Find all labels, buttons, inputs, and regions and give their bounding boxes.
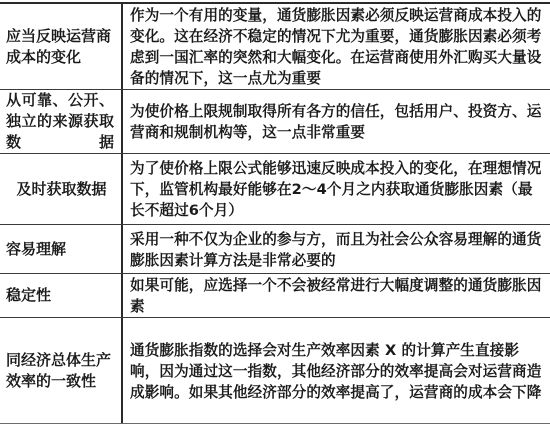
description-text: 如果可能，应选择一个不会被经常进行大幅度调整的通货膨胀因素 <box>130 275 544 317</box>
description-text: 通货膨胀指数的选择会对生产效率因素 X 的计算产生直接影响，因为通过这一指数，其… <box>130 340 544 403</box>
criterion-text: 容易理解 <box>6 239 66 260</box>
table-row: 同经济总体生产效率的一致性 通货膨胀指数的选择会对生产效率因素 X 的计算产生直… <box>0 318 550 424</box>
description-cell: 为了使价格上限公式能够迅速反映成本投入的变化，在理想情况下，监管机构最好能够在2… <box>123 154 550 224</box>
table-row: 应当反映运营商成本的变化 作为一个有用的变量，通货膨胀因素必须反映运营商成本投入… <box>0 4 550 90</box>
description-cell: 作为一个有用的变量，通货膨胀因素必须反映运营商成本投入的变化。这在经济不稳定的情… <box>123 4 550 89</box>
table-row: 容易理解 采用一种不仅为企业的参与方，而且为社会公众容易理解的通货膨胀因素计算方… <box>0 225 550 274</box>
table-row: 稳定性 如果可能，应选择一个不会被经常进行大幅度调整的通货膨胀因素 <box>0 274 550 318</box>
table-row: 从可靠、公开、独立的来源获取数据 为使价格上限规制取得所有各方的信任，包括用户、… <box>0 90 550 154</box>
criterion-cell: 容易理解 <box>0 225 123 273</box>
inflation-factor-criteria-table: 应当反映运营商成本的变化 作为一个有用的变量，通货膨胀因素必须反映运营商成本投入… <box>0 2 550 424</box>
criterion-cell: 及时获取数据 <box>0 154 123 224</box>
criterion-cell: 应当反映运营商成本的变化 <box>0 4 123 89</box>
criterion-text: 稳定性 <box>6 285 51 306</box>
description-text: 为了使价格上限公式能够迅速反映成本投入的变化，在理想情况下，监管机构最好能够在2… <box>130 158 544 221</box>
criterion-cell: 同经济总体生产效率的一致性 <box>0 318 123 423</box>
criterion-text: 应当反映运营商成本的变化 <box>6 26 117 68</box>
criterion-text: 及时获取数据 <box>16 179 106 200</box>
description-cell: 如果可能，应选择一个不会被经常进行大幅度调整的通货膨胀因素 <box>123 274 550 317</box>
description-cell: 通货膨胀指数的选择会对生产效率因素 X 的计算产生直接影响，因为通过这一指数，其… <box>123 318 550 423</box>
criterion-cell: 稳定性 <box>0 274 123 317</box>
criterion-cell: 从可靠、公开、独立的来源获取数据 <box>0 90 123 153</box>
table-row: 及时获取数据 为了使价格上限公式能够迅速反映成本投入的变化，在理想情况下，监管机… <box>0 154 550 225</box>
description-text: 作为一个有用的变量，通货膨胀因素必须反映运营商成本投入的变化。这在经济不稳定的情… <box>130 5 544 89</box>
description-cell: 为使价格上限规制取得所有各方的信任，包括用户、投资方、运营商和规制机构等，这一点… <box>123 90 550 153</box>
criterion-text: 从可靠、公开、独立的来源获取数据 <box>6 90 114 153</box>
criterion-text: 同经济总体生产效率的一致性 <box>6 350 117 392</box>
description-text: 为使价格上限规制取得所有各方的信任，包括用户、投资方、运营商和规制机构等，这一点… <box>130 101 544 143</box>
description-cell: 采用一种不仅为企业的参与方，而且为社会公众容易理解的通货膨胀因素计算方法是非常必… <box>123 225 550 273</box>
description-text: 采用一种不仅为企业的参与方，而且为社会公众容易理解的通货膨胀因素计算方法是非常必… <box>130 229 544 271</box>
